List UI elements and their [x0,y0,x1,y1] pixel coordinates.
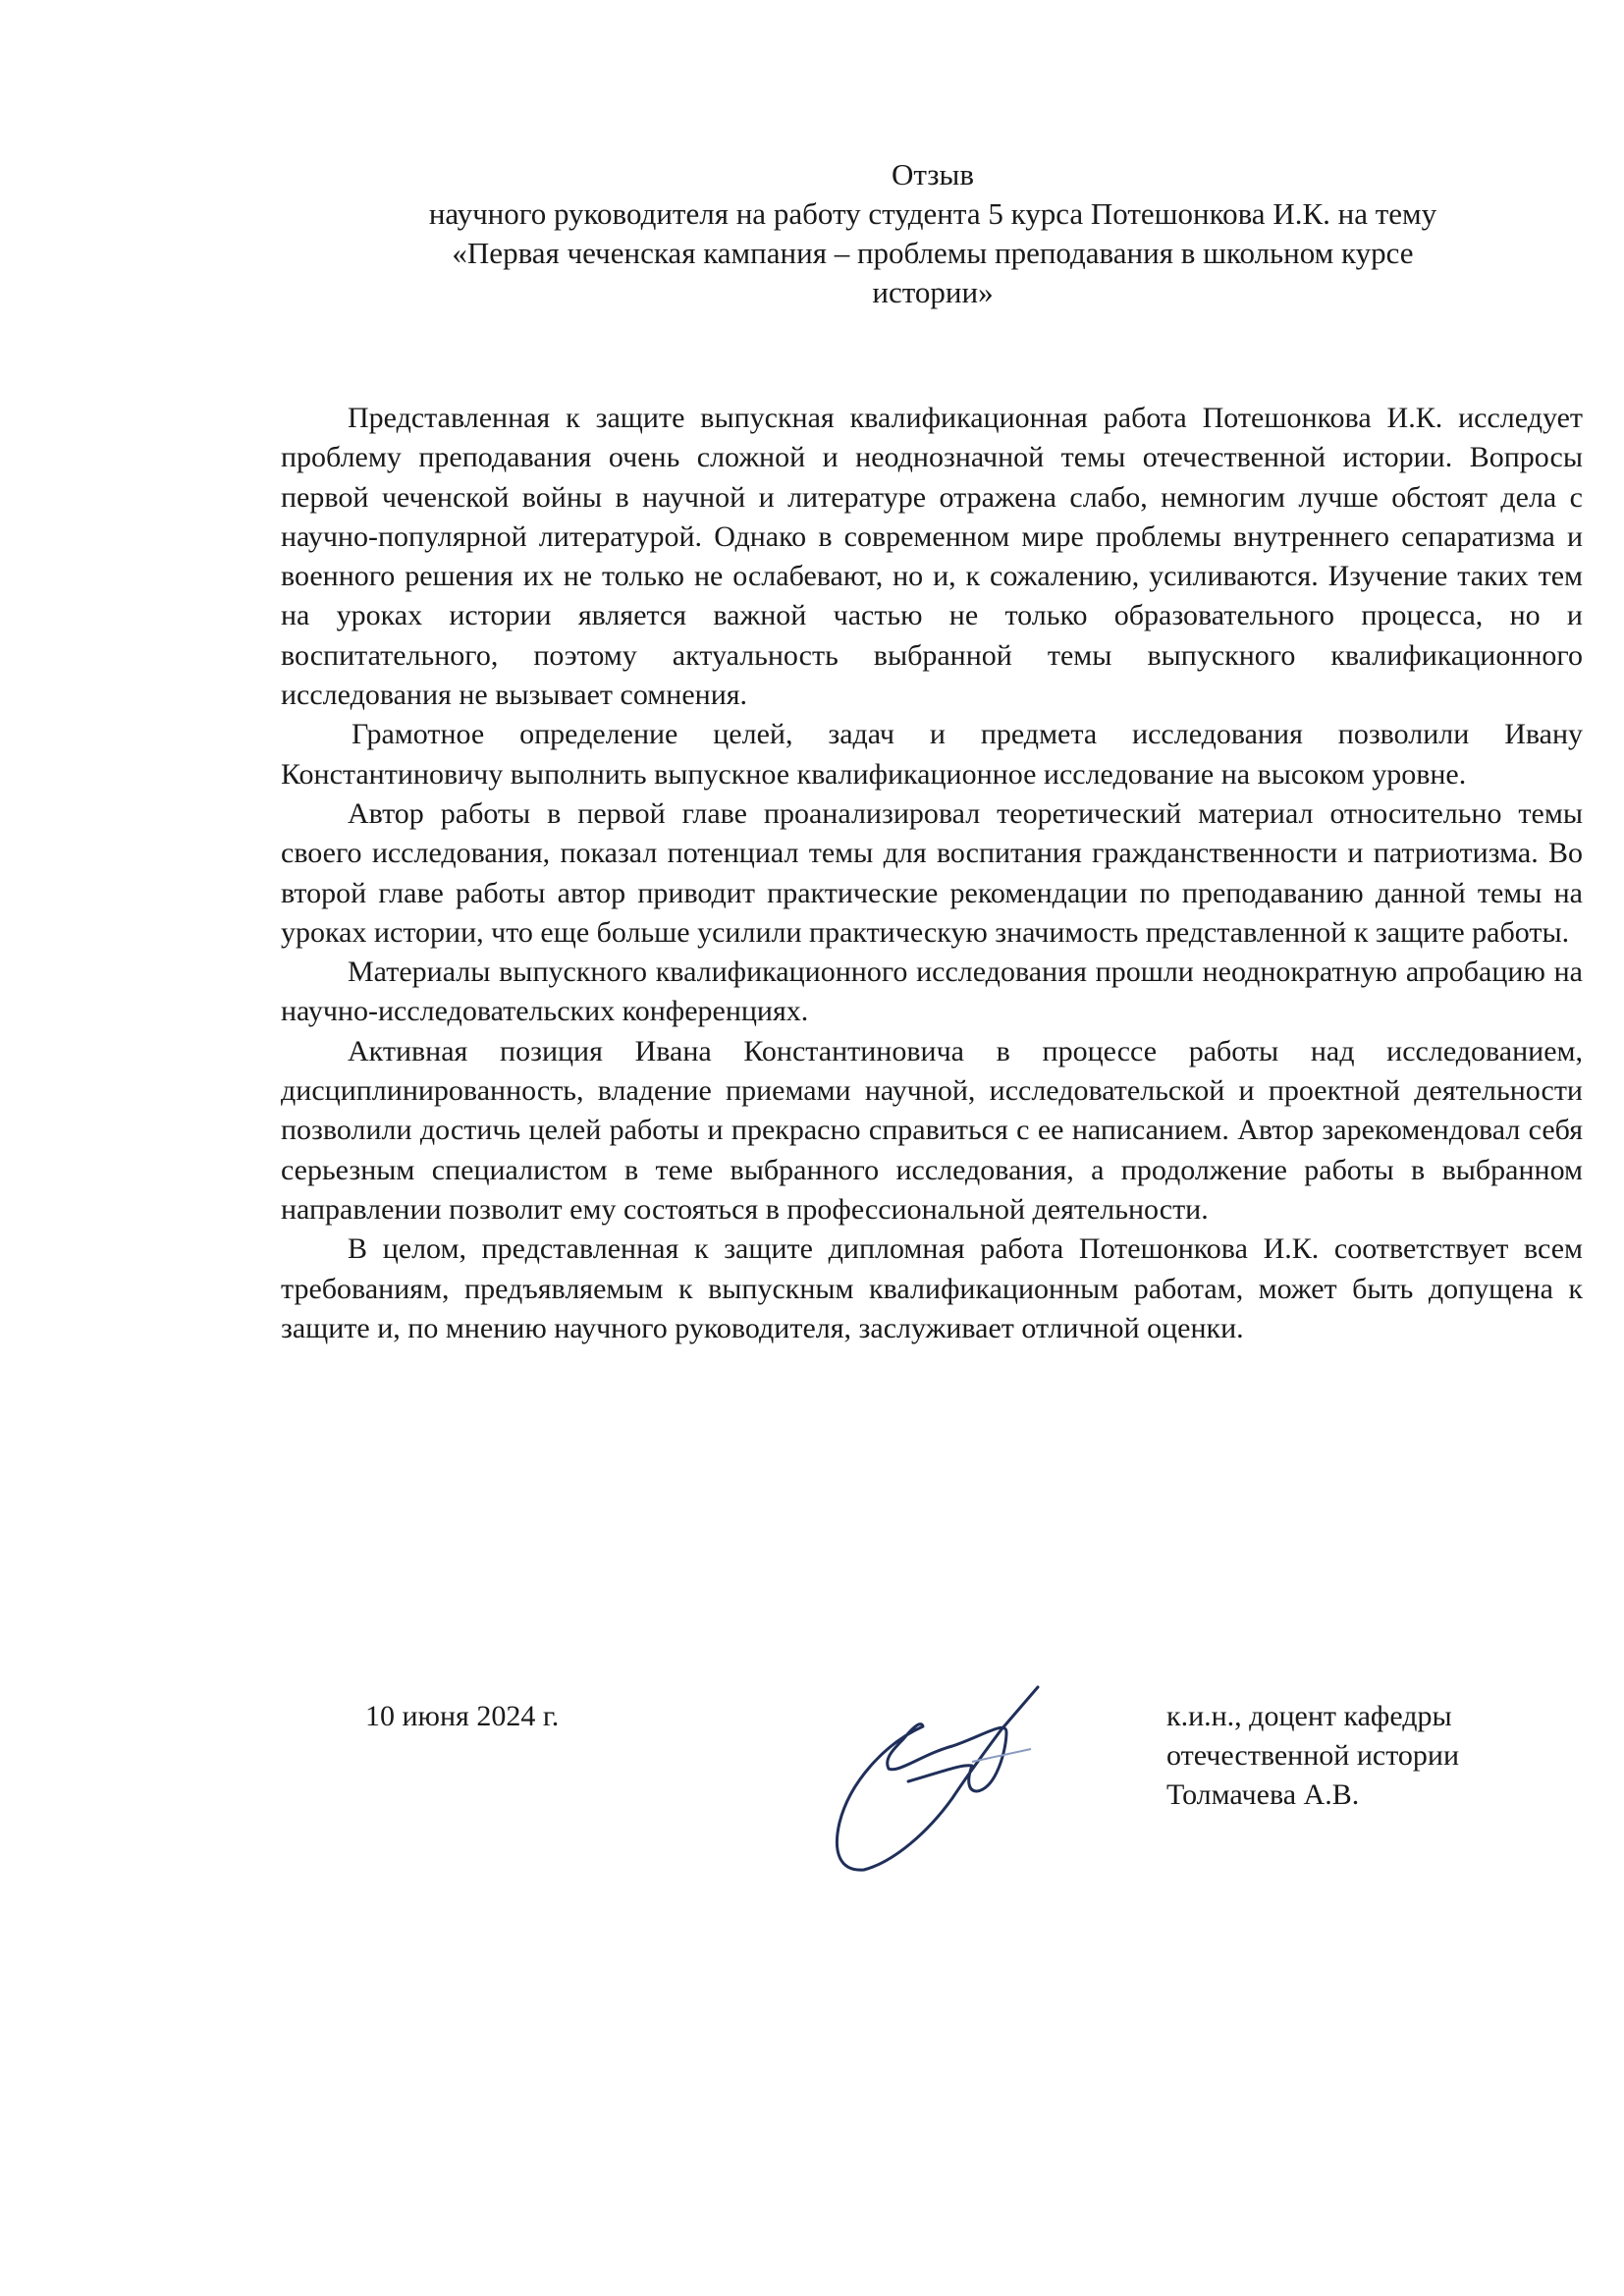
paragraph: Грамотное определение целей, задач и пре… [281,715,1583,794]
paragraph: Активная позиция Ивана Константиновича в… [281,1032,1583,1230]
paragraph: Материалы выпускного квалификационного и… [281,953,1583,1032]
document-header: Отзыв научного руководителя на работу ст… [285,155,1581,312]
document-body: Представленная к защите выпускная квалиф… [281,399,1583,1348]
paragraph: Представленная к защите выпускная квалиф… [281,399,1583,715]
paragraph: В целом, представленная к защите дипломн… [281,1230,1583,1348]
document-date: 10 июня 2024 г. [365,1697,559,1736]
signer-position: к.и.н., доцент кафедры [1166,1697,1459,1736]
document-subtitle-line1: научного руководителя на работу студента… [285,194,1581,234]
signer-name: Толмачева А.В. [1166,1776,1459,1815]
signature-icon [805,1675,1100,1872]
signer-block: к.и.н., доцент кафедры отечественной ист… [1166,1697,1459,1815]
paragraph: Автор работы в первой главе проанализиро… [281,794,1583,953]
document-subtitle-line3: истории» [285,273,1581,312]
document-subtitle-line2: «Первая чеченская кампания – проблемы пр… [285,234,1581,273]
signer-department: отечественной истории [1166,1736,1459,1776]
document-title: Отзыв [285,155,1581,194]
